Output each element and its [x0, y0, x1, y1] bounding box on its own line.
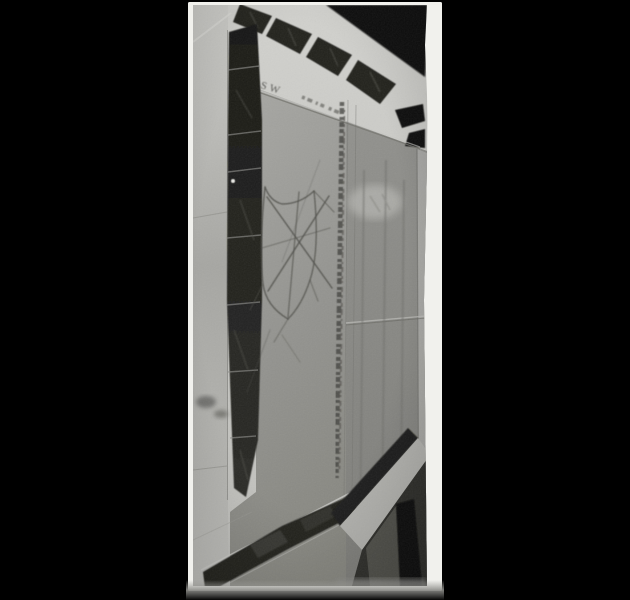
scan-canvas: SW: [0, 0, 630, 600]
photograph: SW: [0, 0, 630, 600]
photo-content: SW: [188, 2, 442, 591]
print-bottom-fade: [186, 580, 444, 600]
vignette-overlay: [188, 2, 442, 591]
photograph-frame: SW: [0, 0, 630, 600]
